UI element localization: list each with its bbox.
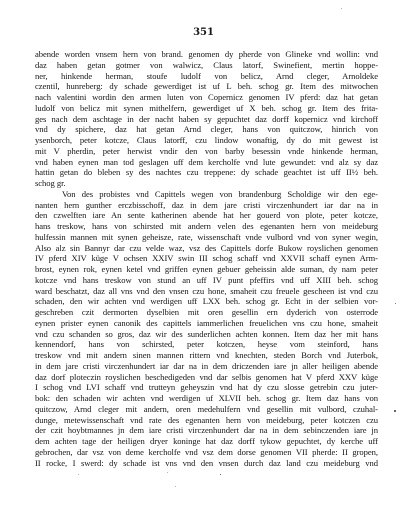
text-line: schaden, den wir achten vnd werdigen uff… bbox=[35, 296, 378, 307]
scan-speck bbox=[394, 410, 396, 412]
scan-speck bbox=[167, 472, 168, 473]
text-line: den czwelften iare An sente katherinen a… bbox=[35, 210, 378, 221]
text-line: brost, eynen rok, eynen ketel vnd griffe… bbox=[35, 264, 378, 275]
text-line: II rocke, I swerd: dy schade ist vns vnd… bbox=[35, 458, 378, 469]
text-line: nanten hern gunther erczbisschoff, daz i… bbox=[35, 200, 378, 211]
scan-speck bbox=[341, 8, 342, 9]
scan-speck bbox=[395, 303, 396, 304]
text-line: in dem jare cristi virczenhundert iar da… bbox=[35, 361, 378, 372]
text-line: czentil, hunreberg: dy schade gewerdiget… bbox=[35, 81, 378, 92]
text-line: nach valentini wordin den armen luten vo… bbox=[35, 92, 378, 103]
text-line: ges nach dem aschtage in der nacht haben… bbox=[35, 114, 378, 125]
text-line: bok: den schaden wir achten vnd werdigen… bbox=[35, 393, 378, 404]
scan-speck bbox=[220, 474, 221, 475]
text-line: vnd dy spichere, daz hat getan Arnd cleg… bbox=[35, 124, 378, 135]
text-line: schog gr. bbox=[35, 178, 378, 189]
text-line: der czit hoybtmannes jn dem iare cristi … bbox=[35, 425, 378, 436]
text-line: geschreben czit dermorten dyselbien mit … bbox=[35, 307, 378, 318]
text-line: gebrochen, dar vsz von deme kercholfe vn… bbox=[35, 447, 378, 458]
text-line: IV pferd XIV küge V ochsen XXIV swin III… bbox=[35, 253, 378, 264]
text-line: kotcze vnd hans treskow von stund an uff… bbox=[35, 275, 378, 286]
text-line: daz dorf ploteczin royslichen beschedige… bbox=[35, 372, 378, 383]
text-line: I schog vnd LVI schaff vnd trutteyn gehe… bbox=[35, 382, 378, 393]
text-line: eynen prister eynen canonik des capittel… bbox=[35, 318, 378, 329]
text-line: ysenborch, peter kotcze, Claus latorff, … bbox=[35, 135, 378, 146]
body-text: abende worden vnsem hern von brand. geno… bbox=[35, 49, 378, 468]
text-line: mit V pherdin, peter herwist vndir den v… bbox=[35, 146, 378, 157]
text-line: hans treskow, hans von schirsted mit and… bbox=[35, 221, 378, 232]
text-line: ner, hinkende herman, stoufe ludolf von … bbox=[35, 71, 378, 82]
scan-speck bbox=[175, 486, 176, 487]
text-line: kennendorf, hans von schirsted, peter ko… bbox=[35, 339, 378, 350]
text-line: hulfessin mannen mit synen geheisze, rat… bbox=[35, 232, 378, 243]
text-line: vnd czu schanden so gros, daz wir des su… bbox=[35, 329, 378, 340]
text-line: abende worden vnsem hern von brand. geno… bbox=[35, 49, 378, 60]
text-line: treskow vnd mit andern sinen mannen ritt… bbox=[35, 350, 378, 361]
text-line: ward beschatzt, daz all vns vnd den vnse… bbox=[35, 286, 378, 297]
scan-speck bbox=[78, 474, 79, 475]
text-line: dunge, metewissenschaft vnd rate des ege… bbox=[35, 415, 378, 426]
text-line: daz haben getan gotmer von walwicz, Clau… bbox=[35, 60, 378, 71]
paragraph-start-line: Von des probistes vnd Capittels wegen vo… bbox=[35, 189, 378, 200]
text-line: dem achten tage der heiligen dryer konin… bbox=[35, 436, 378, 447]
text-line: quitczow, Arnd cleger mit andern, oren m… bbox=[35, 404, 378, 415]
text-line: ludolf von belicz mit synen mithelfern, … bbox=[35, 103, 378, 114]
text-line: vnd haben eynen man tod geslagen uff dem… bbox=[35, 157, 378, 168]
text-line: Also alz sin Bannyr dar czu velde waz, v… bbox=[35, 243, 378, 254]
text-line: hattin getan do bleben sy des nachtes cz… bbox=[35, 167, 378, 178]
page-number: 351 bbox=[0, 27, 407, 38]
